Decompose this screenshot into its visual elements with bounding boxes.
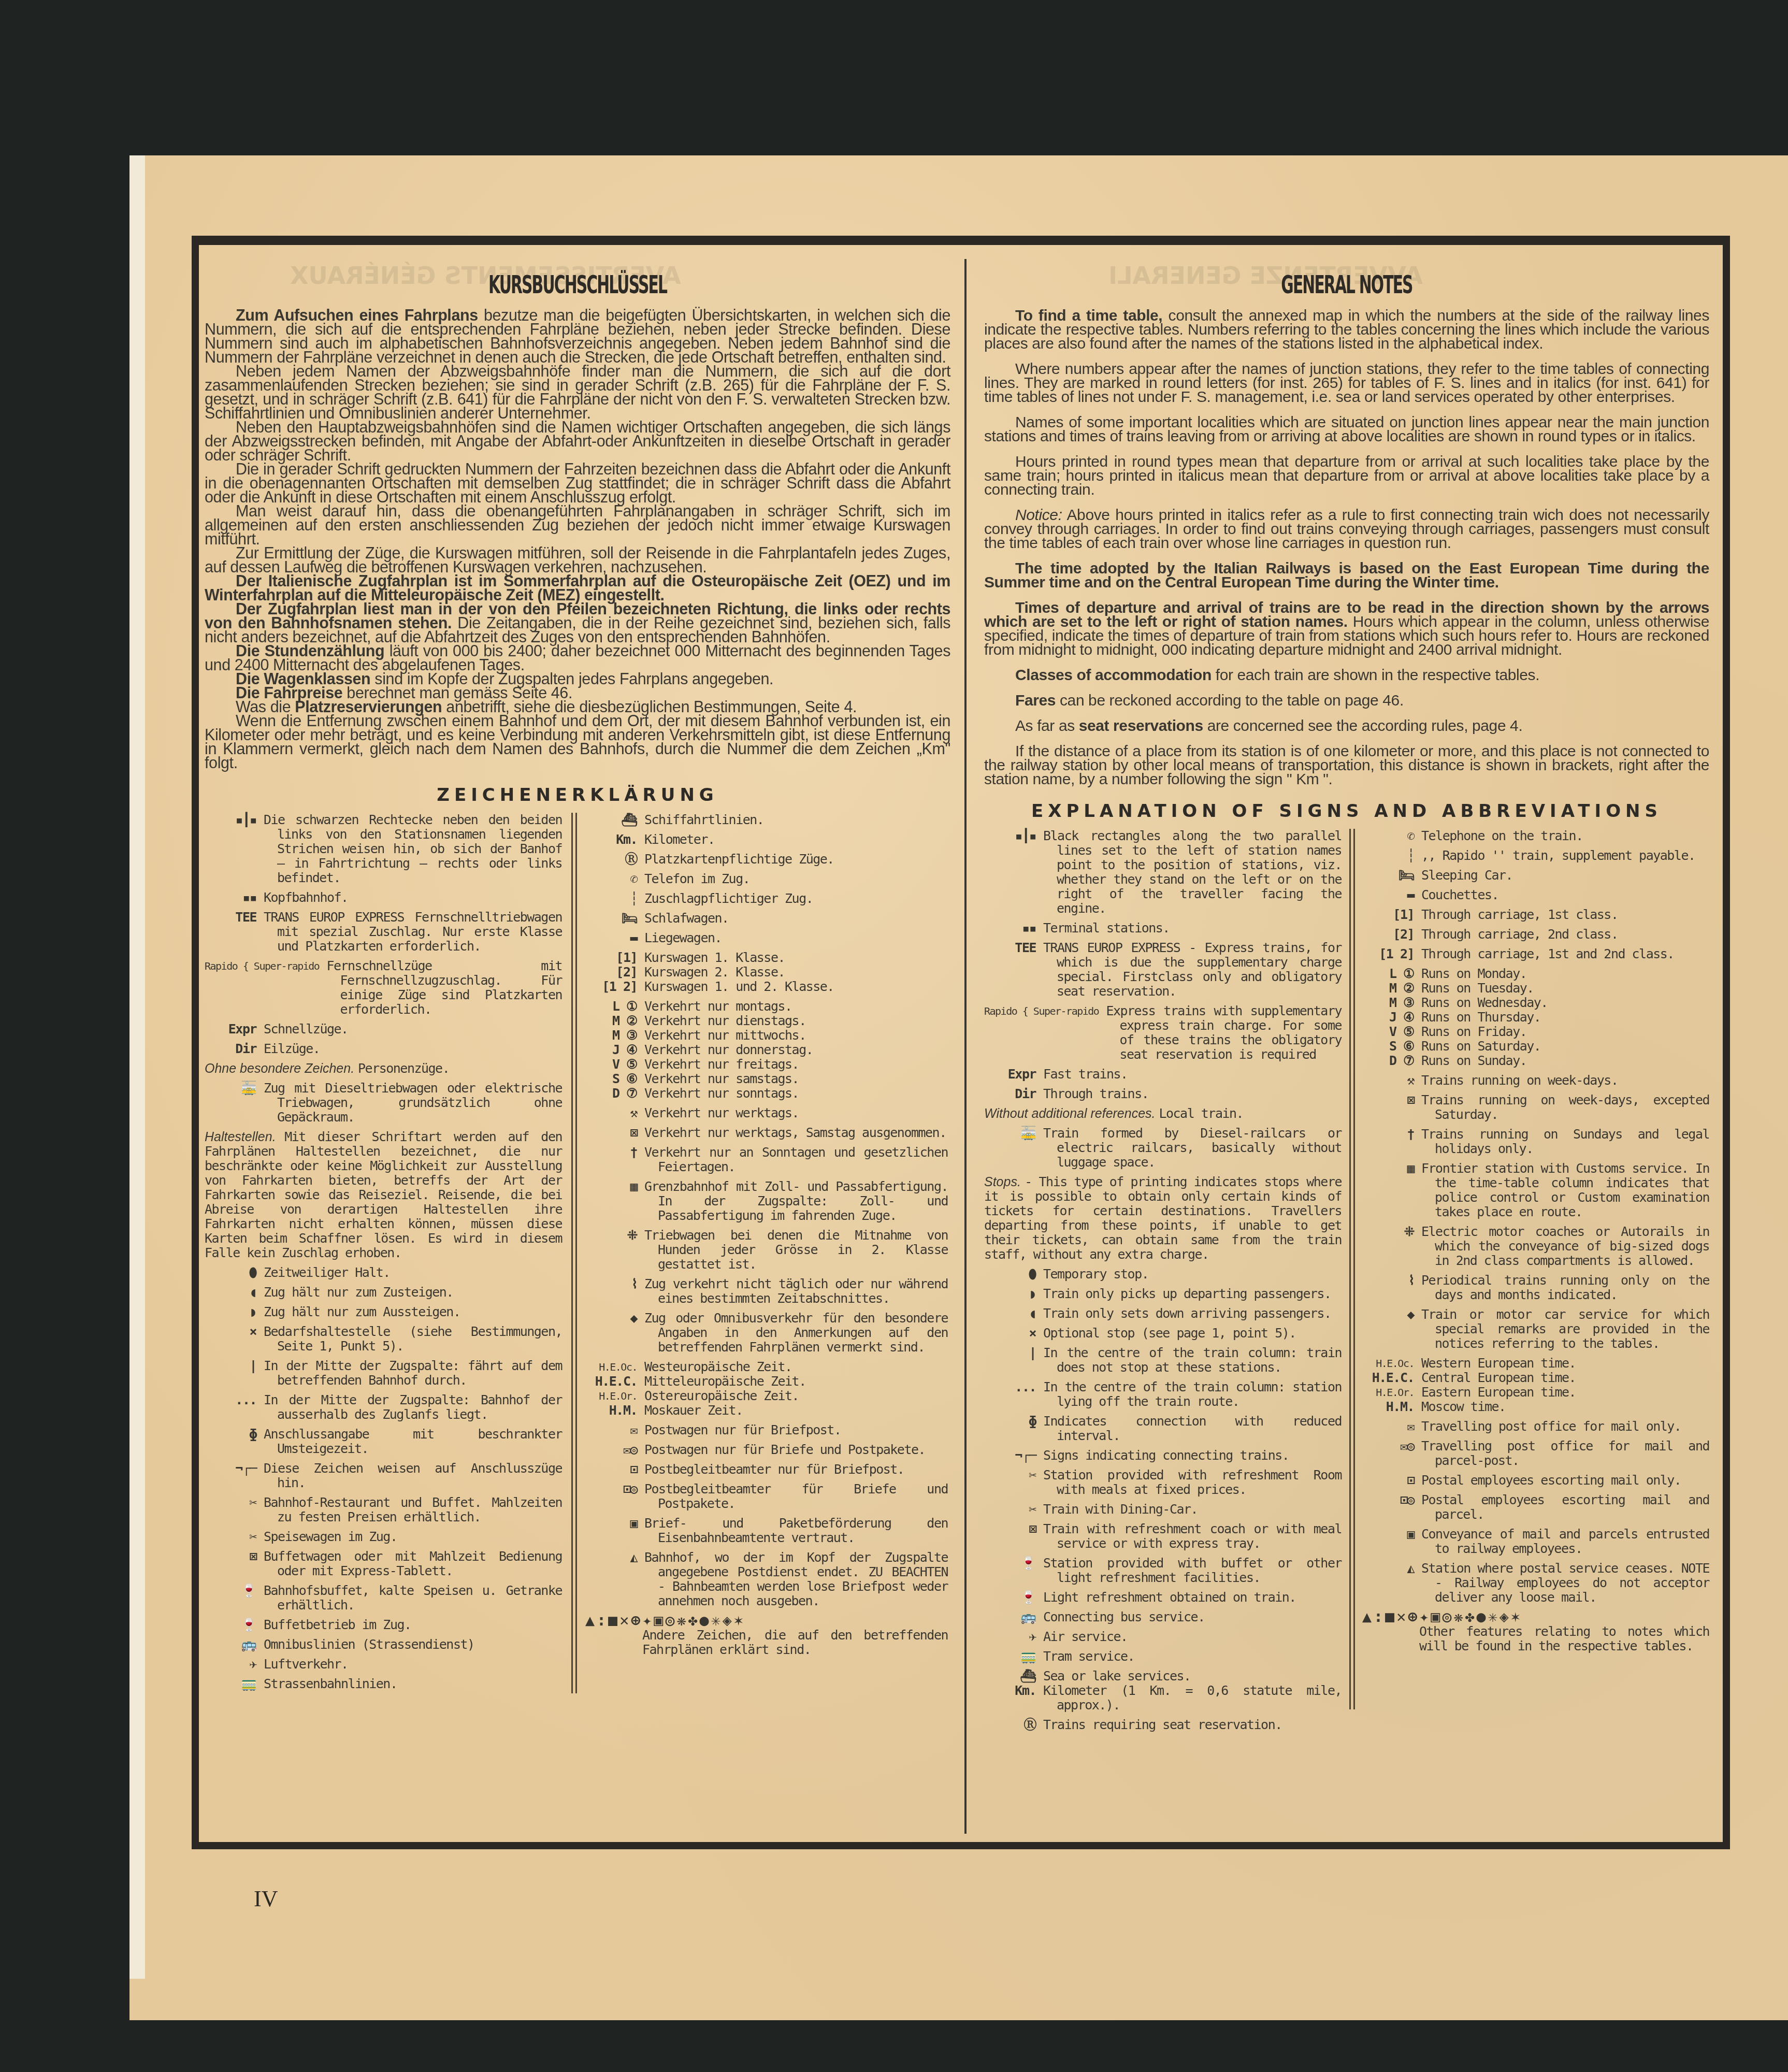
legend-item: ⊠Trains running on week-days, excepted S…: [1362, 1093, 1709, 1122]
paragraph-text: Neben jedem Namen der Abzweigsbahnhöfe f…: [205, 363, 950, 422]
legend-item: [1]Through carriage, 1st class.: [1362, 908, 1709, 922]
rapido-label: Rapido { Super-rapido: [205, 959, 326, 973]
legend-text: Kilometer.: [644, 832, 948, 847]
dogs-allowed-icon: ⁜: [585, 1228, 644, 1243]
legend-item: ⬮Zeitweiliger Halt.: [205, 1265, 562, 1280]
legend-text: Liegewagen.: [644, 931, 948, 945]
legend-item: ✆Telephone on the train.: [1362, 829, 1709, 843]
postal-escort-mail-icon: ⊡: [585, 1462, 644, 1477]
expr-label: Expr: [205, 1022, 264, 1037]
paragraph-text: can be reckoned according to the table o…: [1056, 692, 1404, 709]
tuesday-icon: M ②: [1362, 981, 1421, 996]
legend-item: ⌇Periodical trains running only on the d…: [1362, 1273, 1709, 1302]
legend-text: Brief- und Paketbeförderung den Eisenbah…: [644, 1516, 948, 1545]
legend-item: ✉Postwagen nur für Briefpost.: [585, 1423, 948, 1437]
buffet-car-icon: ⊠: [984, 1522, 1043, 1536]
legend-text-wrap: Stops. - This type of printing indicates…: [984, 1175, 1342, 1262]
station-buffet-icon: 🍷: [205, 1584, 264, 1598]
station-position-rectangles-icon: ▪┃▪: [984, 829, 1043, 843]
paragraph: Where numbers appear after the names of …: [984, 362, 1709, 404]
mail-parcel-car-icon: ✉◎: [585, 1443, 644, 1457]
legend-item: ⛴Sea or lake services.: [984, 1669, 1342, 1683]
legend-item: ✂Station provided with refreshment Room …: [984, 1468, 1342, 1497]
legend-item: |In the centre of the train column: trai…: [984, 1346, 1342, 1375]
legend-item: ✈Air service.: [984, 1630, 1342, 1644]
legend-item: 🛏Schlafwagen.: [585, 911, 948, 926]
legend-item: ◆Zug oder Omnibusverkehr für den besonde…: [585, 1311, 948, 1355]
legend-item: 🍷Light refreshment obtained on train.: [984, 1590, 1342, 1605]
legend-text: Speisewagen im Zug.: [264, 1530, 562, 1544]
legend-item: ⊡Postal employees escorting mail only.: [1362, 1473, 1709, 1488]
legend-text: Couchettes.: [1421, 888, 1709, 902]
special-remarks-icon: ◆: [1362, 1307, 1421, 1322]
legend-text-wrap: Haltestellen. Mit dieser Schriftart werd…: [205, 1130, 562, 1260]
legend-text: Die schwarzen Rechtecke neben den beiden…: [264, 813, 562, 885]
saturday-icon: S ⑥: [1362, 1039, 1421, 1054]
legend-text: Runs on Thursday.: [1421, 1010, 1709, 1025]
legend-item: Km.Kilometer.: [585, 832, 948, 847]
paragraph: Man weist darauf hin, dass die obenangef…: [205, 505, 950, 546]
legend-text: Optional stop (see page 1, point 5).: [1043, 1326, 1342, 1341]
legend-text: Travelling post office for mail only.: [1421, 1419, 1709, 1434]
paragraph-bold-lead: Classes of accommodation: [1015, 667, 1212, 684]
paragraph-text: for each train are shown in the respecti…: [1212, 667, 1539, 684]
workdays-icon: ⚒: [585, 1106, 644, 1120]
legend-item: ✂Bahnhof-Restaurant und Buffet. Mahlzeit…: [205, 1495, 562, 1524]
legend-item: TEETRANS EUROP EXPRESS Fernschnelltriebw…: [205, 910, 562, 954]
legend-text: Telephone on the train.: [1421, 829, 1709, 843]
buffet-car-icon: ⊠: [205, 1549, 264, 1564]
other-symbols-icon: ▲:■✕⊕✦▣◎❋✤●✳◈✶: [585, 1614, 948, 1628]
legend-text-wrap: Ohne besondere Zeichen. Personenzüge.: [205, 1061, 562, 1076]
sleeping-car-icon: 🛏: [1362, 868, 1421, 883]
legend-symbol-row: ▲:■✕⊕✦▣◎❋✤●✳◈✶Other features relating to…: [1362, 1610, 1709, 1653]
thursday-icon: J ④: [1362, 1010, 1421, 1025]
train-buffet-icon: 🍷: [984, 1590, 1043, 1605]
legend-item: ▲:■✕⊕✦▣◎❋✤●✳◈✶Other features relating to…: [1362, 1610, 1709, 1653]
legend-item: Km.Kilometer (1 Km. = 0,6 statute mile, …: [984, 1683, 1342, 1713]
legend-text: Trains running on week-days.: [1421, 1073, 1709, 1088]
legend-text: Kurswagen 1. und 2. Klasse.: [644, 980, 948, 994]
legend-item: †Trains running on Sundays and legal hol…: [1362, 1127, 1709, 1156]
legend-item: ◭Bahnhof, wo der im Kopf der Zugspalte a…: [585, 1550, 948, 1608]
legend-text: Zug hält nur zum Aussteigen.: [264, 1305, 562, 1319]
saturday-icon: S ⑥: [585, 1072, 644, 1086]
legend-label: Ohne besondere Zeichen.: [205, 1061, 358, 1076]
workdays-icon: ⚒: [1362, 1073, 1421, 1088]
legend-item: V ⑤Runs on Friday.: [1362, 1025, 1709, 1039]
column-divider: [964, 259, 967, 1834]
dir-label: Dir: [984, 1087, 1043, 1101]
off-route-icon: ...: [984, 1380, 1043, 1394]
legend-text: Zuschlagpflichtiger Zug.: [644, 891, 948, 906]
legend-text: Personenzüge.: [358, 1061, 449, 1076]
legend-item: M ②Runs on Tuesday.: [1362, 981, 1709, 996]
legend-text: In der Mitte der Zugspalte: fährt auf de…: [264, 1359, 562, 1388]
connecting-train-icon: ¬┌─: [205, 1461, 264, 1476]
supplement-icon: ┆: [585, 891, 644, 906]
legend-label: Without additional references.: [984, 1106, 1159, 1121]
legend-item: ▦Grenzbahnhof mit Zoll- und Passabfertig…: [585, 1179, 948, 1223]
legend-text: Trains running on Sundays and legal holi…: [1421, 1127, 1709, 1156]
legend-text: Platzkartenpflichtige Züge.: [644, 852, 948, 867]
german-legend-col-1: ▪┃▪Die schwarzen Rechtecke neben den bei…: [205, 813, 562, 1696]
sundays-holidays-icon: †: [1362, 1127, 1421, 1142]
legend-text: Schiffahrtlinien.: [644, 813, 948, 827]
sunday-icon: D ⑦: [1362, 1054, 1421, 1068]
legend-divider: [575, 813, 577, 1693]
railway-mail-icon: ▣: [1362, 1527, 1421, 1542]
paragraph-text: Neben den Hauptabzweigsbahnhöfen sind di…: [205, 419, 950, 464]
legend-item: ⊡Postbegleitbeamter nur für Briefpost.: [585, 1462, 948, 1477]
monday-icon: L ①: [1362, 967, 1421, 981]
legend-text: Fernschnellzüge mit Fernschnellzugzuschl…: [326, 959, 562, 1017]
dir-label: Dir: [205, 1042, 264, 1056]
legend-text: Through carriage, 1st class.: [1421, 908, 1709, 922]
legend-item: ✉◎Postwagen nur für Briefe und Postpaket…: [585, 1443, 948, 1457]
legend-item: ✉◎Travelling post office for mail and pa…: [1362, 1439, 1709, 1468]
legend-text: Conveyance of mail and parcels entrusted…: [1421, 1527, 1709, 1556]
legend-text: Bahnhofsbuffet, kalte Speisen u. Getrank…: [264, 1584, 562, 1613]
legend-item: ExprSchnellzüge.: [205, 1022, 562, 1037]
legend-item: DirThrough trains.: [984, 1087, 1342, 1101]
telephone-icon: ✆: [1362, 829, 1421, 843]
legend-item: 🍷Station provided with buffet or other l…: [984, 1556, 1342, 1585]
sunday-icon: D ⑦: [585, 1086, 644, 1101]
paragraph-text: Hours printed in round types mean that d…: [984, 453, 1709, 498]
wet-label: H.E.Oc.: [1362, 1356, 1421, 1371]
legend-text: Train with Dining-Car.: [1043, 1502, 1342, 1517]
legend-item: ⌇Zug verkehrt nicht täglich oder nur wäh…: [585, 1277, 948, 1306]
wednesday-icon: M ③: [585, 1028, 644, 1043]
paragraph: The time adopted by the Italian Railways…: [984, 562, 1709, 589]
legend-item: [2]Kurswagen 2. Klasse.: [585, 965, 948, 980]
paragraph-text: Wenn die Entfernung zwschen einem Bahnho…: [205, 712, 950, 772]
sundays-holidays-icon: †: [585, 1145, 644, 1160]
legend-text: Eilzüge.: [264, 1042, 562, 1056]
legend-text: Zug verkehrt nicht täglich oder nur währ…: [644, 1277, 948, 1306]
legend-item: ɸIndicates connection with reduced inter…: [984, 1414, 1342, 1443]
paragraph-text: Above hours printed in italics refer as …: [984, 507, 1709, 552]
legend-item: ×Optional stop (see page 1, point 5).: [984, 1326, 1342, 1341]
legend-item: ▣Conveyance of mail and parcels entruste…: [1362, 1527, 1709, 1556]
restaurant-icon: ✂: [984, 1468, 1043, 1483]
paragraph-text: Zur Ermittlung der Züge, die Kurswagen m…: [205, 544, 950, 576]
english-column: GENERAL NOTES To find a time table, cons…: [984, 259, 1709, 1720]
legend-item: H.E.Oc.Westeuropäische Zeit.: [585, 1360, 948, 1374]
bus-icon: 🚌: [205, 1637, 264, 1652]
connecting-train-icon: ¬┌─: [984, 1448, 1043, 1463]
legend-item: ▪▪Kopfbahnhof.: [205, 890, 562, 905]
alighting-only-icon: ◗: [205, 1305, 264, 1319]
legend-text: Grenzbahnhof mit Zoll- und Passabfertigu…: [644, 1179, 948, 1223]
legend-text: Andere Zeichen, die auf den betreffenden…: [585, 1628, 948, 1657]
legend-item: ⓇPlatzkartenpflichtige Züge.: [585, 852, 948, 867]
paragraph: Notice: Above hours printed in italics r…: [984, 508, 1709, 550]
couchette-icon: ▬: [585, 931, 644, 945]
english-legend-title: EXPLANATION OF SIGNS AND ABBREVIATIONS: [984, 801, 1709, 822]
paragraph-bold-lead: seat reservations: [1079, 717, 1203, 735]
request-stop-icon: ×: [205, 1325, 264, 1339]
legend-text: Kurswagen 2. Klasse.: [644, 965, 948, 980]
english-legend-col-1: ▪┃▪Black rectangles along the two parall…: [984, 829, 1342, 1737]
legend-text: Light refreshment obtained on train.: [1043, 1590, 1342, 1605]
railcar-icon: 🚋: [205, 1081, 264, 1096]
eet-label: H.E.Or.: [585, 1389, 644, 1403]
postal-end-icon: ◭: [585, 1550, 644, 1565]
legend-item: ┆,, Rapido '' train, supplement payable.: [1362, 848, 1709, 863]
legend-divider: [1349, 829, 1351, 1709]
station-position-rectangles-icon: ▪┃▪: [205, 813, 264, 827]
postal-escort-parcel-icon: ⊡◎: [1362, 1493, 1421, 1507]
paragraph-text: are concerned see the according rules, p…: [1203, 717, 1523, 735]
paragraph-bold-lead: Fares: [1015, 692, 1056, 709]
legend-text: Temporary stop.: [1043, 1267, 1342, 1282]
english-title: GENERAL NOTES: [1122, 270, 1571, 299]
legend-text: Frontier station with Customs service. I…: [1421, 1161, 1709, 1219]
pass-through-icon: |: [984, 1346, 1043, 1360]
legend-item: L ①Runs on Monday.: [1362, 967, 1709, 981]
legend-item: ▬Liegewagen.: [585, 931, 948, 945]
paragraph: Wenn die Entfernung zwschen einem Bahnho…: [205, 714, 950, 770]
workdays-except-saturday-icon: ⊠: [1362, 1093, 1421, 1107]
legend-text: Runs on Monday.: [1421, 967, 1709, 981]
legend-item: ✂Train with Dining-Car.: [984, 1502, 1342, 1517]
legend-text: Electric motor coaches or Autorails in w…: [1421, 1225, 1709, 1268]
legend-item: |In der Mitte der Zugspalte: fährt auf d…: [205, 1359, 562, 1388]
legend-item: H.E.Or.Eastern European time.: [1362, 1385, 1709, 1400]
legend-text: Trains requiring seat reservation.: [1043, 1718, 1342, 1732]
monday-icon: L ①: [585, 999, 644, 1014]
paragraph: Der Zugfahrplan liest man in der von den…: [205, 602, 950, 644]
legend-text: Zug oder Omnibusverkehr für den besonder…: [644, 1311, 948, 1355]
through-carriage-2-icon: [2]: [1362, 927, 1421, 942]
legend-text: Express trains with supplementary expres…: [1106, 1004, 1342, 1062]
periodic-train-icon: ⌇: [1362, 1273, 1421, 1288]
railcar-icon: 🚋: [984, 1126, 1043, 1141]
legend-text: Runs on Wednesday.: [1421, 996, 1709, 1010]
legend-text: Indicates connection with reduced interv…: [1043, 1414, 1342, 1443]
legend-item: ⊠Verkehrt nur werktags, Samstag ausgenom…: [585, 1126, 948, 1140]
legend-item: ✈Luftverkehr.: [205, 1657, 562, 1672]
legend-text: Westeuropäische Zeit.: [644, 1360, 948, 1374]
paragraph-bold-lead: Der Italienische Zugfahrplan ist im Somm…: [205, 572, 950, 604]
paragraph: Hours printed in round types mean that d…: [984, 455, 1709, 497]
legend-text: Eastern European time.: [1421, 1385, 1709, 1400]
legend-text: Verkehrt nur freitags.: [644, 1057, 948, 1072]
paragraph: Classes of accommodation for each train …: [984, 668, 1709, 682]
legend-text: Fast trains.: [1043, 1067, 1342, 1082]
through-carriage-1-icon: [1]: [585, 951, 644, 965]
paragraph: As far as seat reservations are concerne…: [984, 719, 1709, 733]
legend-text: Bedarfshaltestelle (siehe Bestimmungen, …: [264, 1325, 562, 1354]
cet-label: H.E.C.: [1362, 1371, 1421, 1385]
cet-label: H.E.C.: [585, 1374, 644, 1389]
legend-text: Zug hält nur zum Zusteigen.: [264, 1285, 562, 1300]
legend-item: H.E.Oc.Western European time.: [1362, 1356, 1709, 1371]
legend-item: ⚒Verkehrt nur werktags.: [585, 1106, 948, 1120]
rapido-label: Rapido { Super-rapido: [984, 1004, 1106, 1018]
legend-text: Central European time.: [1421, 1371, 1709, 1385]
legend-text: Verkehrt nur donnerstag.: [644, 1043, 948, 1057]
legend-item: [1 2]Kurswagen 1. und 2. Klasse.: [585, 980, 948, 994]
paragraph: Neben jedem Namen der Abzweigsbahnhöfe f…: [205, 365, 950, 421]
boarding-only-icon: ◗: [984, 1287, 1043, 1301]
ship-icon: ⛴: [585, 813, 644, 827]
restaurant-icon: ✂: [205, 1495, 264, 1510]
legend-text: In der Mitte der Zugspalte: Bahnhof der …: [264, 1393, 562, 1422]
temporary-stop-icon: ⬮: [205, 1265, 264, 1280]
legend-item: 🚃Strassenbahnlinien.: [205, 1677, 562, 1691]
legend-text: Moscow time.: [1421, 1400, 1709, 1414]
legend-text: Verkehrt nur montags.: [644, 999, 948, 1014]
german-column: KURSBUCHSCHLÜSSEL Zum Aufsuchen eines Fa…: [205, 259, 950, 1704]
km-label: Km.: [984, 1683, 1043, 1698]
through-carriage-2-icon: [2]: [585, 965, 644, 980]
legend-text: Train only sets down arriving passengers…: [1043, 1306, 1342, 1321]
legend-item: [2]Through carriage, 2nd class.: [1362, 927, 1709, 942]
legend-item: 🍷Bahnhofsbuffet, kalte Speisen u. Getran…: [205, 1584, 562, 1613]
through-carriage-12-icon: [1 2]: [585, 980, 644, 994]
legend-text: Train only picks up departing passengers…: [1043, 1287, 1342, 1301]
legend-text: Travelling post office for mail and parc…: [1421, 1439, 1709, 1468]
workdays-except-saturday-icon: ⊠: [585, 1126, 644, 1140]
paragraph: Zur Ermittlung der Züge, die Kurswagen m…: [205, 546, 950, 574]
legend-item: J ④Runs on Thursday.: [1362, 1010, 1709, 1025]
short-connection-icon: ɸ: [205, 1427, 264, 1442]
through-carriage-12-icon: [1 2]: [1362, 947, 1421, 961]
legend-text: Verkehrt nur werktags.: [644, 1106, 948, 1120]
paragraph: Die Stundenzählung läuft von 000 bis 240…: [205, 644, 950, 672]
legend-item: ✆Telefon im Zug.: [585, 872, 948, 886]
ship-icon: ⛴: [984, 1669, 1043, 1683]
wet-label: H.E.Oc.: [585, 1360, 644, 1374]
telephone-icon: ✆: [585, 872, 644, 886]
reservation-icon: Ⓡ: [984, 1718, 1043, 1732]
legend-item: 🍷Buffetbetrieb im Zug.: [205, 1618, 562, 1632]
paragraph: Neben den Hauptabzweigsbahnhöfen sind di…: [205, 421, 950, 463]
legend-text: Verkehrt nur an Sonntagen und gesetzlich…: [644, 1145, 948, 1174]
legend-item: Without additional references. Local tra…: [984, 1106, 1342, 1121]
legend-item: ┆Zuschlagpflichtiger Zug.: [585, 891, 948, 906]
paragraph: Fares can be reckoned according to the t…: [984, 694, 1709, 708]
legend-item: Rapido { Super-rapidoExpress trains with…: [984, 1004, 1342, 1062]
short-connection-icon: ɸ: [984, 1414, 1043, 1429]
legend-text: Postal employees escorting mail only.: [1421, 1473, 1709, 1488]
postal-end-icon: ◭: [1362, 1561, 1421, 1576]
legend-item: Haltestellen. Mit dieser Schriftart werd…: [205, 1130, 562, 1260]
mail-car-icon: ✉: [1362, 1419, 1421, 1434]
legend-text: Kilometer (1 Km. = 0,6 statute mile, app…: [1043, 1683, 1342, 1713]
paragraph-text: If the distance of a place from its stat…: [984, 743, 1709, 788]
legend-text: Postwagen nur für Briefe und Postpakete.: [644, 1443, 948, 1457]
legend-text: Postbegleitbeamter nur für Briefpost.: [644, 1462, 948, 1477]
legend-item: [1]Kurswagen 1. Klasse.: [585, 951, 948, 965]
legend-item: ◗Zug hält nur zum Aussteigen.: [205, 1305, 562, 1319]
legend-item: D ⑦Runs on Sunday.: [1362, 1054, 1709, 1068]
tee-logo-icon: TEE: [205, 910, 264, 925]
legend-symbol-row: ▲:■✕⊕✦▣◎❋✤●✳◈✶Andere Zeichen, die auf de…: [585, 1614, 948, 1657]
tee-logo-icon: TEE: [984, 941, 1043, 955]
german-legend-col-2: ⛴Schiffahrtlinien.Km.Kilometer.ⓇPlatzkar…: [585, 813, 948, 1662]
msk-label: H.M.: [1362, 1400, 1421, 1414]
legend-item: H.M.Moskauer Zeit.: [585, 1403, 948, 1418]
msk-label: H.M.: [585, 1403, 644, 1418]
border-station-icon: ▦: [1362, 1161, 1421, 1176]
legend-text: TRANS EUROP EXPRESS Fernschnelltriebwage…: [264, 910, 562, 954]
paragraph-text: Die in gerader Schrift gedruckten Nummer…: [205, 461, 950, 506]
railway-mail-icon: ▣: [585, 1516, 644, 1531]
pass-through-icon: |: [205, 1359, 264, 1373]
through-carriage-1-icon: [1]: [1362, 908, 1421, 922]
legend-text: Train or motor car service for which spe…: [1421, 1307, 1709, 1351]
legend-text: - This type of printing indicates stops …: [984, 1174, 1342, 1262]
legend-text: Anschlussangabe mit beschrankter Umsteig…: [264, 1427, 562, 1456]
legend-item: ▪▪Terminal stations.: [984, 921, 1342, 936]
legend-text: Station provided with buffet or other li…: [1043, 1556, 1342, 1585]
legend-text: Mit dieser Schriftart werden auf den Fah…: [205, 1129, 562, 1260]
legend-item: D ⑦Verkehrt nur sonntags.: [585, 1086, 948, 1101]
expr-label: Expr: [984, 1067, 1043, 1082]
legend-text: ,, Rapido '' train, supplement payable.: [1421, 848, 1709, 863]
legend-item: Stops. - This type of printing indicates…: [984, 1175, 1342, 1262]
german-legend: ▪┃▪Die schwarzen Rechtecke neben den bei…: [205, 813, 950, 1704]
postal-escort-parcel-icon: ⊡◎: [585, 1482, 644, 1497]
legend-text: Mitteleuropäische Zeit.: [644, 1374, 948, 1389]
legend-item: ✉Travelling post office for mail only.: [1362, 1419, 1709, 1434]
legend-item: ⊠Train with refreshment coach or with me…: [984, 1522, 1342, 1551]
legend-item: ⁜Electric motor coaches or Autorails in …: [1362, 1225, 1709, 1268]
legend-item: ¬┌─Signs indicating connecting trains.: [984, 1448, 1342, 1463]
temporary-stop-icon: ⬮: [984, 1267, 1043, 1282]
special-remarks-icon: ◆: [585, 1311, 644, 1326]
legend-text: Kopfbahnhof.: [264, 890, 562, 905]
legend-text: Other features relating to notes which w…: [1362, 1624, 1709, 1653]
legend-item: ◖Train only sets down arriving passenger…: [984, 1306, 1342, 1321]
legend-item: ¬┌─Diese Zeichen weisen auf Anschlusszüg…: [205, 1461, 562, 1490]
paragraph: Der Italienische Zugfahrplan ist im Somm…: [205, 574, 950, 602]
legend-item: ⬮Temporary stop.: [984, 1267, 1342, 1282]
other-symbols-icon: ▲:■✕⊕✦▣◎❋✤●✳◈✶: [1362, 1610, 1709, 1624]
legend-text: TRANS EUROP EXPRESS - Express trains, fo…: [1043, 941, 1342, 999]
legend-text: Trains running on week-days, excepted Sa…: [1421, 1093, 1709, 1122]
legend-text: Omnibuslinien (Strassendienst): [264, 1637, 562, 1652]
legend-text: Through trains.: [1043, 1087, 1342, 1101]
train-buffet-icon: 🍷: [205, 1618, 264, 1632]
legend-text: Air service.: [1043, 1630, 1342, 1644]
legend-item: 🚌Connecting bus service.: [984, 1610, 1342, 1624]
legend-text: Ostereuropäische Zeit.: [644, 1389, 948, 1403]
legend-label: Haltestellen.: [205, 1130, 284, 1144]
legend-divider: [1353, 829, 1355, 1709]
legend-text: Signs indicating connecting trains.: [1043, 1448, 1342, 1463]
legend-text: Triebwagen bei denen die Mitnahme von Hu…: [644, 1228, 948, 1272]
legend-text: Verkehrt nur werktags, Samstag ausgenomm…: [644, 1126, 948, 1140]
thursday-icon: J ④: [585, 1043, 644, 1057]
legend-item: ◭Station where postal service ceases. NO…: [1362, 1561, 1709, 1605]
legend-text: Runs on Tuesday.: [1421, 981, 1709, 996]
legend-item: ...In der Mitte der Zugspalte: Bahnhof d…: [205, 1393, 562, 1422]
terminal-station-icon: ▪▪: [984, 921, 1043, 936]
english-legend: ▪┃▪Black rectangles along the two parall…: [984, 829, 1709, 1720]
legend-item: H.E.C.Central European time.: [1362, 1371, 1709, 1385]
bus-icon: 🚌: [984, 1610, 1043, 1624]
legend-text: Western European time.: [1421, 1356, 1709, 1371]
page-edge: [129, 155, 145, 1979]
legend-item: ▣Brief- und Paketbeförderung den Eisenba…: [585, 1516, 948, 1545]
alighting-only-icon: ◖: [984, 1306, 1043, 1321]
border-station-icon: ▦: [585, 1179, 644, 1194]
